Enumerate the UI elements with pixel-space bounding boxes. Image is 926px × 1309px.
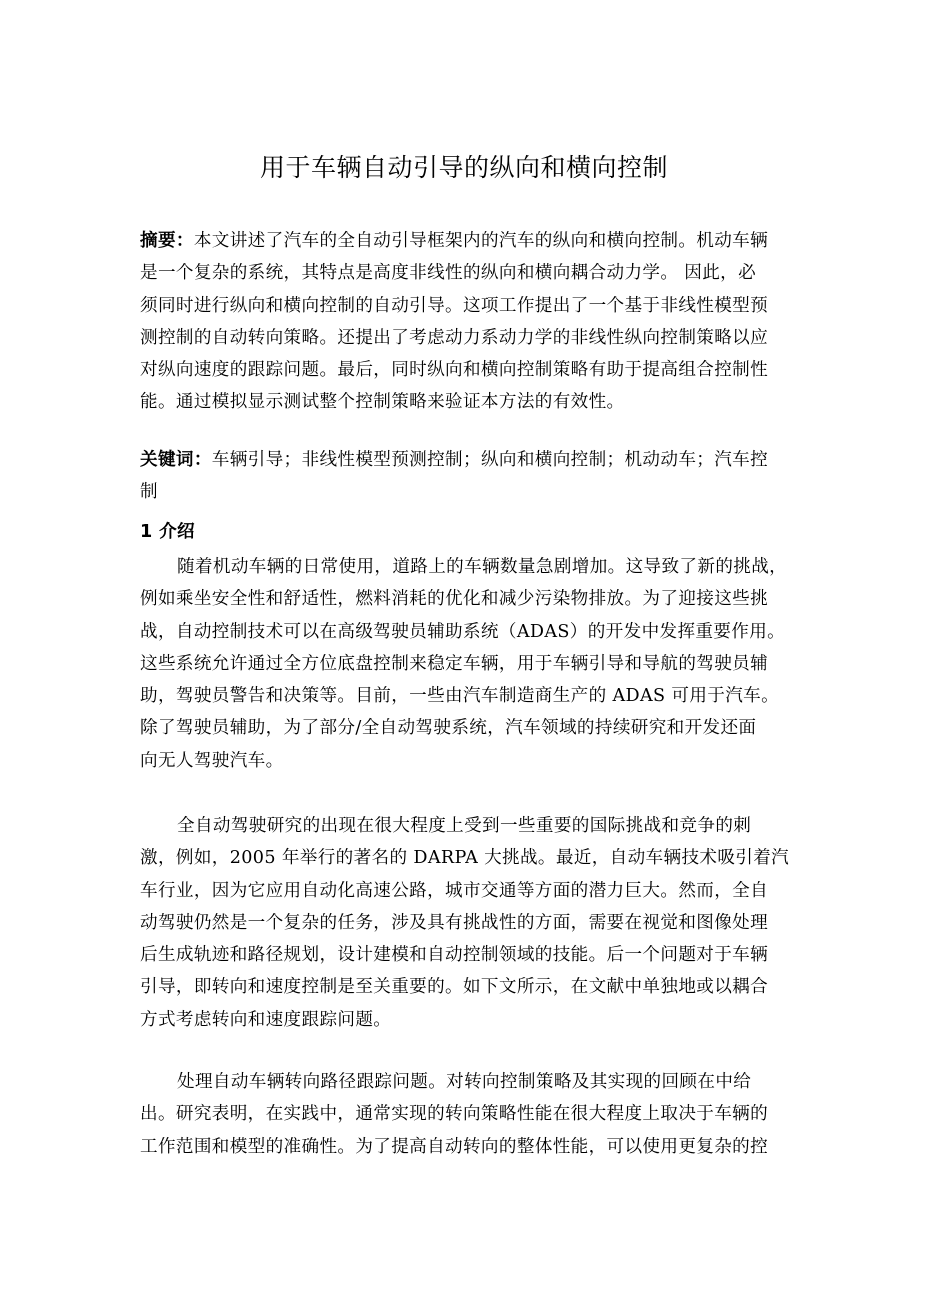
keywords-line: 关键词：车辆引导；非线性模型预测控制；纵向和横向控制；机动动车；汽车控 — [140, 444, 800, 476]
paragraph-line: 后生成轨迹和路径规划，设计建模和自动控制领域的技能。后一个问题对于车辆 — [140, 939, 800, 971]
paragraph-line: 例如乘坐安全性和舒适性，燃料消耗的优化和减少污染物排放。为了迎接这些挑 — [140, 583, 800, 615]
paragraph-line: 除了驾驶员辅助，为了部分/全自动驾驶系统，汽车领域的持续研究和开发还面 — [140, 712, 800, 744]
section-1: 1 介绍 — [140, 516, 800, 548]
paragraph-line: 引导，即转向和速度控制是至关重要的。如下文所示，在文献中单独地或以耦合 — [140, 971, 800, 1003]
abstract-section: 摘要：本文讲述了汽车的全自动引导框架内的汽车的纵向和横向控制。机动车辆 是一个复… — [140, 225, 800, 419]
paragraph-3: 处理自动车辆转向路径跟踪问题。对转向控制策略及其实现的回顾在中给 出。研究表明，… — [140, 1066, 800, 1163]
abstract-line: 测控制的自动转向策略。还提出了考虑动力系动力学的非线性纵向控制策略以应 — [140, 322, 800, 354]
keywords-label: 关键词： — [140, 450, 212, 470]
abstract-line: 对纵向速度的跟踪问题。最后，同时纵向和横向控制策略有助于提高组合控制性 — [140, 354, 800, 386]
paragraph-1: 随着机动车辆的日常使用，道路上的车辆数量急剧增加。这导致了新的挑战， 例如乘坐安… — [140, 551, 800, 777]
abstract-line: 摘要：本文讲述了汽车的全自动引导框架内的汽车的纵向和横向控制。机动车辆 — [140, 225, 800, 257]
paragraph-line: 助，驾驶员警告和决策等。目前，一些由汽车制造商生产的 ADAS 可用于汽车。 — [140, 680, 800, 712]
paragraph-line: 工作范围和模型的准确性。为了提高自动转向的整体性能，可以使用更复杂的控 — [140, 1131, 800, 1163]
keywords-section: 关键词：车辆引导；非线性模型预测控制；纵向和横向控制；机动动车；汽车控 制 — [140, 444, 800, 509]
abstract-line: 能。通过模拟显示测试整个控制策略来验证本方法的有效性。 — [140, 386, 800, 418]
paragraph-line: 出。研究表明，在实践中，通常实现的转向策略性能在很大程度上取决于车辆的 — [140, 1098, 800, 1130]
abstract-line: 是一个复杂的系统，其特点是高度非线性的纵向和横向耦合动力学。 因此，必 — [140, 257, 800, 289]
paragraph-line: 激，例如，2005 年举行的著名的 DARPA 大挑战。最近，自动车辆技术吸引着… — [140, 842, 800, 874]
paragraph-2: 全自动驾驶研究的出现在很大程度上受到一些重要的国际挑战和竞争的刺 激，例如，20… — [140, 810, 800, 1036]
paragraph-line: 向无人驾驶汽车。 — [140, 745, 800, 777]
keywords-line: 制 — [140, 476, 800, 508]
section-heading: 1 介绍 — [140, 516, 800, 548]
paragraph-line: 战，自动控制技术可以在高级驾驶员辅助系统（ADAS）的开发中发挥重要作用。 — [140, 616, 800, 648]
paragraph-line: 这些系统允许通过全方位底盘控制来稳定车辆，用于车辆引导和导航的驾驶员辅 — [140, 648, 800, 680]
paragraph-line: 处理自动车辆转向路径跟踪问题。对转向控制策略及其实现的回顾在中给 — [140, 1066, 800, 1098]
paragraph-line: 随着机动车辆的日常使用，道路上的车辆数量急剧增加。这导致了新的挑战， — [140, 551, 800, 583]
paragraph-line: 全自动驾驶研究的出现在很大程度上受到一些重要的国际挑战和竞争的刺 — [140, 810, 800, 842]
abstract-label: 摘要： — [140, 231, 194, 251]
abstract-line: 须同时进行纵向和横向控制的自动引导。这项工作提出了一个基于非线性模型预 — [140, 290, 800, 322]
paper-title: 用于车辆自动引导的纵向和横向控制 — [140, 150, 788, 186]
paragraph-line: 车行业，因为它应用自动化高速公路，城市交通等方面的潜力巨大。然而，全自 — [140, 875, 800, 907]
paragraph-line: 方式考虑转向和速度跟踪问题。 — [140, 1004, 800, 1036]
paragraph-line: 动驾驶仍然是一个复杂的任务，涉及具有挑战性的方面，需要在视觉和图像处理 — [140, 907, 800, 939]
